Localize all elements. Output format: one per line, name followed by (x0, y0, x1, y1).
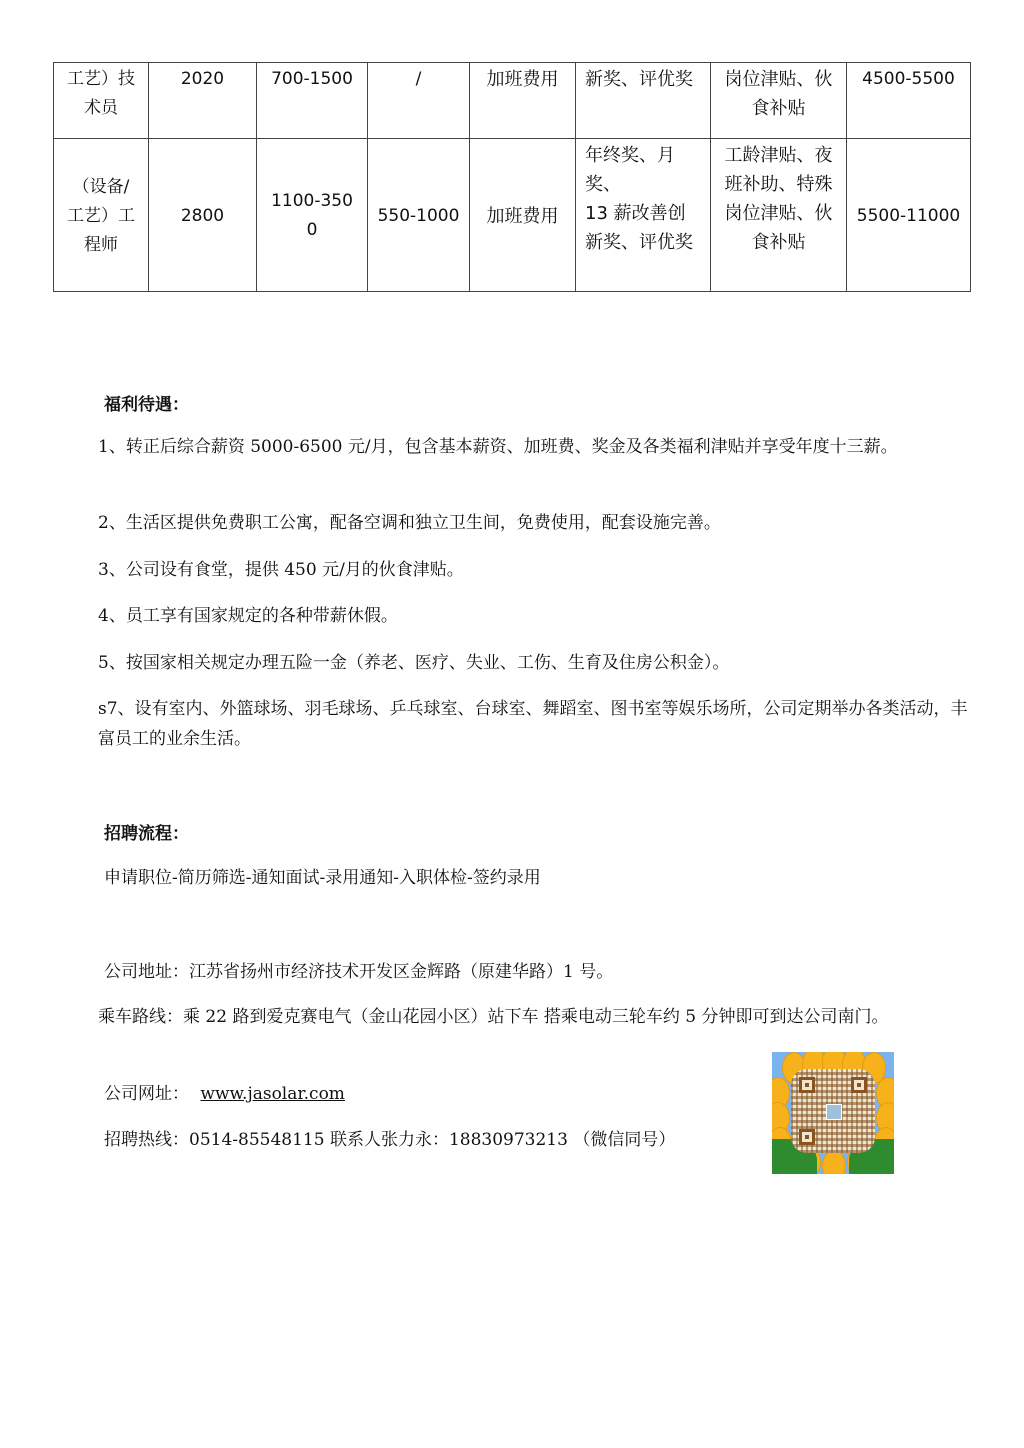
benefit-item-5: 5、按国家相关规定办理五险一金（养老、医疗、失业、工伤、生育及住房公积金）。 (98, 648, 968, 678)
table-row: （设备/ 工艺）工 程师 2800 1100-350 0 550-1000 加班… (54, 139, 971, 292)
benefit-item-2: 2、生活区提供免费职工公寓，配备空调和独立卫生间，免费使用，配套设施完善。 (98, 508, 968, 538)
qr-finder-icon (799, 1129, 815, 1145)
cell-total: 5500-11000 (847, 139, 971, 292)
cell-performance: 700-1500 (257, 63, 368, 139)
bus-route: 乘车路线：乘 22 路到爱克赛电气（金山花园小区）站下车 搭乘电动三轮车约 5 … (54, 1002, 966, 1032)
cell-allowances: 工龄津贴、夜 班补助、特殊 岗位津贴、伙 食补贴 (711, 139, 847, 292)
benefit-item-7: s7、设有室内、外篮球场、羽毛球场、乒乓球室、台球室、舞蹈室、图书室等娱乐场所，… (98, 694, 968, 754)
cell-shift-allowance: / (368, 63, 470, 139)
website-link[interactable]: www.jasolar.com (200, 1084, 345, 1104)
qr-finder-icon (851, 1077, 867, 1093)
cell-base-salary: 2020 (149, 63, 257, 139)
wechat-qr-code-icon (772, 1052, 894, 1174)
cell-overtime: 加班费用 (470, 63, 576, 139)
website-label: 公司网址： (104, 1084, 189, 1104)
cell-shift-allowance: 550-1000 (368, 139, 470, 292)
sunflower-petal-icon (822, 1150, 846, 1174)
cell-allowances: 岗位津贴、伙 食补贴 (711, 63, 847, 139)
qr-finder-icon (799, 1077, 815, 1093)
cell-position: （设备/ 工艺）工 程师 (54, 139, 149, 292)
process-heading: 招聘流程： (104, 819, 189, 844)
cell-bonus: 年终奖、月奖、 13 薪改善创 新奖、评优奖 (576, 139, 711, 292)
hotline: 招聘热线：0514-85548115 联系人张力永：18830973213 （微… (104, 1125, 764, 1155)
cell-total: 4500-5500 (847, 63, 971, 139)
benefit-item-1: 1、转正后综合薪资 5000-6500 元/月，包含基本薪资、加班费、奖金及各类… (98, 432, 968, 462)
benefit-item-4: 4、员工享有国家规定的各种带薪休假。 (98, 601, 968, 631)
cell-position: 工艺）技 术员 (54, 63, 149, 139)
qr-avatar-icon (826, 1104, 842, 1120)
table-row: 工艺）技 术员 2020 700-1500 / 加班费用 新奖、评优奖 岗位津贴… (54, 63, 971, 139)
document-page: 工艺）技 术员 2020 700-1500 / 加班费用 新奖、评优奖 岗位津贴… (0, 0, 1024, 1448)
salary-table: 工艺）技 术员 2020 700-1500 / 加班费用 新奖、评优奖 岗位津贴… (53, 62, 971, 292)
qr-code-pattern (791, 1069, 875, 1153)
process-steps: 申请职位-简历筛选-通知面试-录用通知-入职体检-签约录用 (104, 863, 974, 893)
cell-overtime: 加班费用 (470, 139, 576, 292)
company-address: 公司地址：江苏省扬州市经济技术开发区金辉路（原建华路）1 号。 (104, 957, 974, 987)
cell-bonus: 新奖、评优奖 (576, 63, 711, 139)
benefit-item-3: 3、公司设有食堂，提供 450 元/月的伙食津贴。 (98, 555, 968, 585)
benefits-heading: 福利待遇： (104, 390, 189, 415)
cell-performance: 1100-350 0 (257, 139, 368, 292)
website-line: 公司网址： www.jasolar.com (104, 1079, 704, 1109)
cell-base-salary: 2800 (149, 139, 257, 292)
